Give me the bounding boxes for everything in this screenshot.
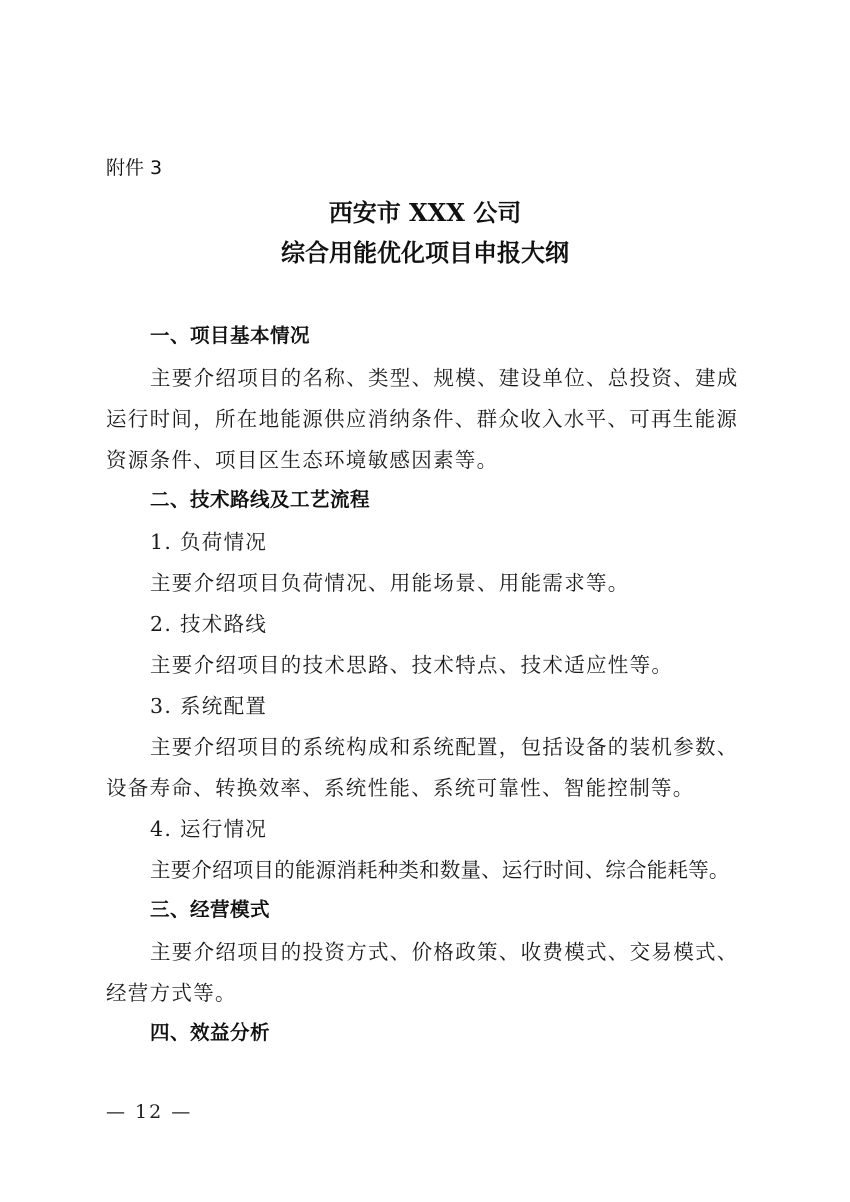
paragraph-line: 运行时间，所在地能源供应消纳条件、群众收入水平、可再生能源 — [106, 402, 746, 432]
subsection-title: 3. 系统配置 — [150, 689, 790, 719]
paragraph-line: 主要介绍项目的名称、类型、规模、建设单位、总投资、建成 — [150, 361, 790, 391]
paragraph-line: 主要介绍项目的技术思路、技术特点、技术适应性等。 — [150, 648, 790, 678]
attachment-label: 附件 3 — [106, 153, 162, 180]
document-title-line1: 西安市 XXX 公司 — [0, 193, 850, 228]
document-title-line2: 综合用能优化项目申报大纲 — [0, 233, 850, 268]
paragraph-line: 经营方式等。 — [106, 976, 746, 1006]
paragraph-line: 主要介绍项目的投资方式、价格政策、收费模式、交易模式、 — [150, 935, 790, 965]
paragraph-line: 设备寿命、转换效率、系统性能、系统可靠性、智能控制等。 — [106, 771, 746, 801]
paragraph-line: 主要介绍项目的系统构成和系统配置，包括设备的装机参数、 — [150, 730, 790, 760]
paragraph-line: 主要介绍项目负荷情况、用能场景、用能需求等。 — [150, 566, 790, 596]
section-heading-1: 一、项目基本情况 — [150, 320, 790, 348]
subsection-title: 1. 负荷情况 — [150, 525, 790, 555]
section-heading-4: 四、效益分析 — [150, 1017, 790, 1045]
paragraph-line: 主要介绍项目的能源消耗种类和数量、运行时间、综合能耗等。 — [150, 853, 790, 883]
paragraph-line: 资源条件、项目区生态环境敏感因素等。 — [106, 443, 746, 473]
document-page: 附件 3 西安市 XXX 公司 综合用能优化项目申报大纲 一、项目基本情况 主要… — [0, 0, 850, 1202]
section-heading-2: 二、技术路线及工艺流程 — [150, 484, 790, 512]
section-heading-3: 三、经营模式 — [150, 894, 790, 922]
subsection-title: 2. 技术路线 — [150, 607, 790, 637]
page-number: — 12 — — [106, 1101, 192, 1123]
subsection-title: 4. 运行情况 — [150, 812, 790, 842]
